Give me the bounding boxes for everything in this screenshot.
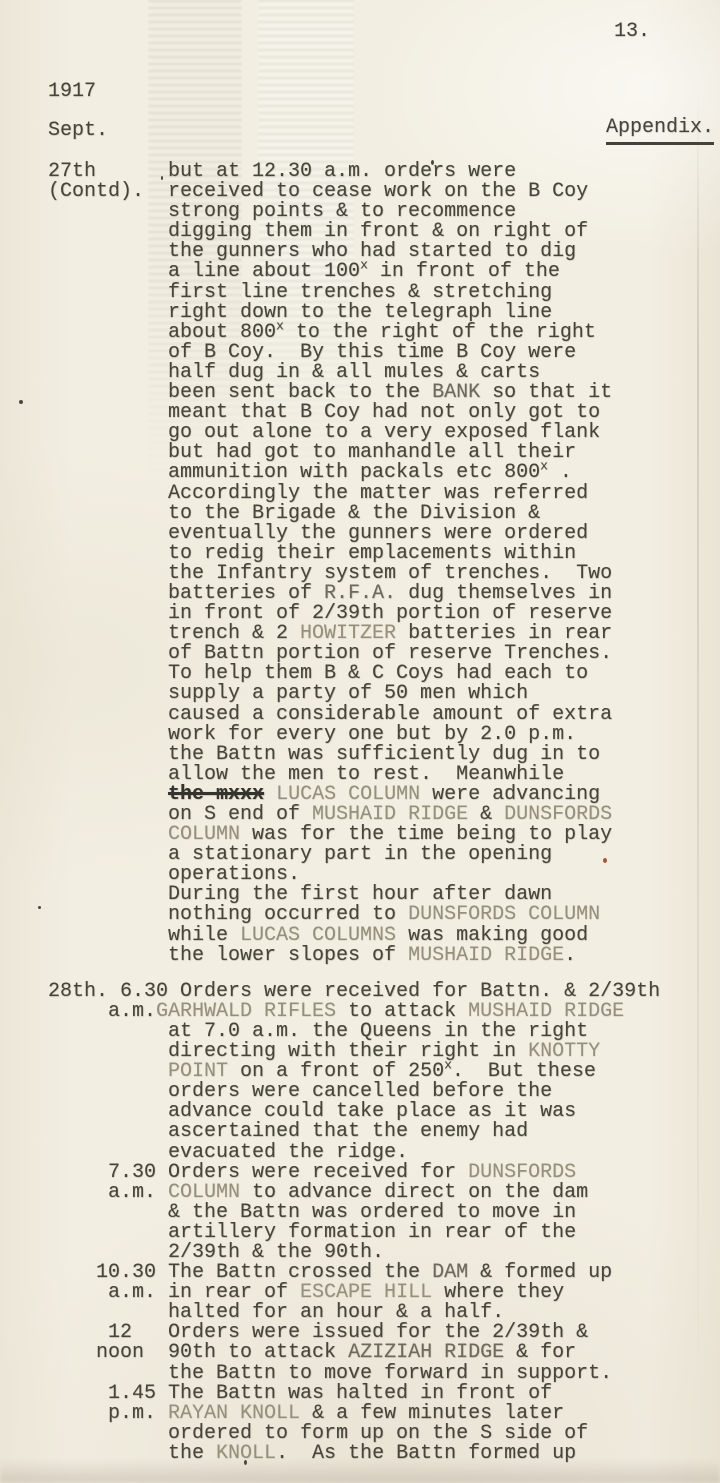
text-line: the mxxx LUCAS COLUMN were advancing xyxy=(48,785,660,805)
text-segment: the xyxy=(48,1442,216,1465)
text-segment: . xyxy=(564,944,576,967)
scanned-war-diary-page: { "header": { "page_number": "13.", "yea… xyxy=(0,0,720,1483)
text-line: allow the men to rest. Meanwhile xyxy=(48,765,660,785)
text-line: eventually the gunners were ordered xyxy=(48,524,660,544)
text-line: about 800x to the right of the right xyxy=(48,323,660,343)
appendix-heading: Appendix. xyxy=(606,116,714,145)
year-label: 1917 xyxy=(48,80,96,103)
text-line: a.m. COLUMN to advance direct on the dam xyxy=(48,1183,660,1203)
text-line: nothing occurred to DUNSFORDS COLUMN xyxy=(48,905,660,925)
text-line: a.m.GARHWALD RIFLES to attack MUSHAID RI… xyxy=(48,1002,660,1022)
text-line: the Battn was sufficiently dug in to xyxy=(48,745,660,765)
text-line: 1.45 The Battn was halted in front of xyxy=(48,1384,660,1404)
text-segment: MUSHAID RIDGE xyxy=(408,944,564,967)
text-line: a line about 100x in front of the xyxy=(48,262,660,282)
ink-speck xyxy=(19,400,23,404)
text-line: supply a party of 50 men which xyxy=(48,684,660,704)
superscript-x: x xyxy=(444,1057,452,1072)
page-number: 13. xyxy=(614,20,650,43)
text-line: work for every one but by 2.0 p.m. xyxy=(48,725,660,745)
month-label: Sept. xyxy=(48,119,108,142)
entry-28th: 28th. 6.30 Orders were received for Batt… xyxy=(48,982,660,1464)
text-line: first line trenches & stretching xyxy=(48,283,660,303)
text-line: of B Coy. By this time B Coy were xyxy=(48,343,660,363)
typescript-body: 27th but at 12.30 a.m. orders were(Contd… xyxy=(48,162,660,1464)
text-line: the lower slopes of MUSHAID RIDGE. xyxy=(48,946,660,966)
text-line: ascertained that the enemy had xyxy=(48,1122,660,1142)
text-line: the KNOLL. As the Battn formed up xyxy=(48,1444,660,1464)
text-line: ordered to form up on the S side of xyxy=(48,1424,660,1444)
text-line: 28th. 6.30 Orders were received for Batt… xyxy=(48,982,660,1002)
text-line: while LUCAS COLUMNS was making good xyxy=(48,926,660,946)
text-line: to the Brigade & the Division & xyxy=(48,504,660,524)
entry-27th-contd: 27th but at 12.30 a.m. orders were(Contd… xyxy=(48,162,660,966)
text-line: 7.30 Orders were received for DUNSFORDS xyxy=(48,1163,660,1183)
text-segment: the lower slopes of xyxy=(48,944,408,967)
ink-speck xyxy=(38,906,41,909)
superscript-x: x xyxy=(540,459,548,474)
text-line: & the Battn was ordered to move in xyxy=(48,1203,660,1223)
text-line: caused a considerable amount of extra xyxy=(48,705,660,725)
text-line: ammunition with packals etc 800x . xyxy=(48,463,660,483)
text-line: the Infantry system of trenches. Two xyxy=(48,564,660,584)
superscript-x: x xyxy=(276,318,284,333)
paper-crease xyxy=(697,90,699,1400)
text-line: right down to the telegraph line xyxy=(48,303,660,323)
text-line: the Battn to move forward in support. xyxy=(48,1364,660,1384)
text-line: to redig their emplacements within xyxy=(48,544,660,564)
text-segment: . As the Battn formed up xyxy=(276,1442,576,1465)
text-line: evacuated the ridge. xyxy=(48,1143,660,1163)
text-line: noon 90th to attack AZIZIAH RIDGE & for xyxy=(48,1343,660,1363)
text-segment: KNOLL xyxy=(216,1442,276,1465)
text-line: p.m. RAYAN KNOLL & a few minutes later xyxy=(48,1404,660,1424)
superscript-x: x xyxy=(360,258,368,273)
text-line: artillery formation in rear of the xyxy=(48,1223,660,1243)
text-line: Accordingly the matter was referred xyxy=(48,484,660,504)
